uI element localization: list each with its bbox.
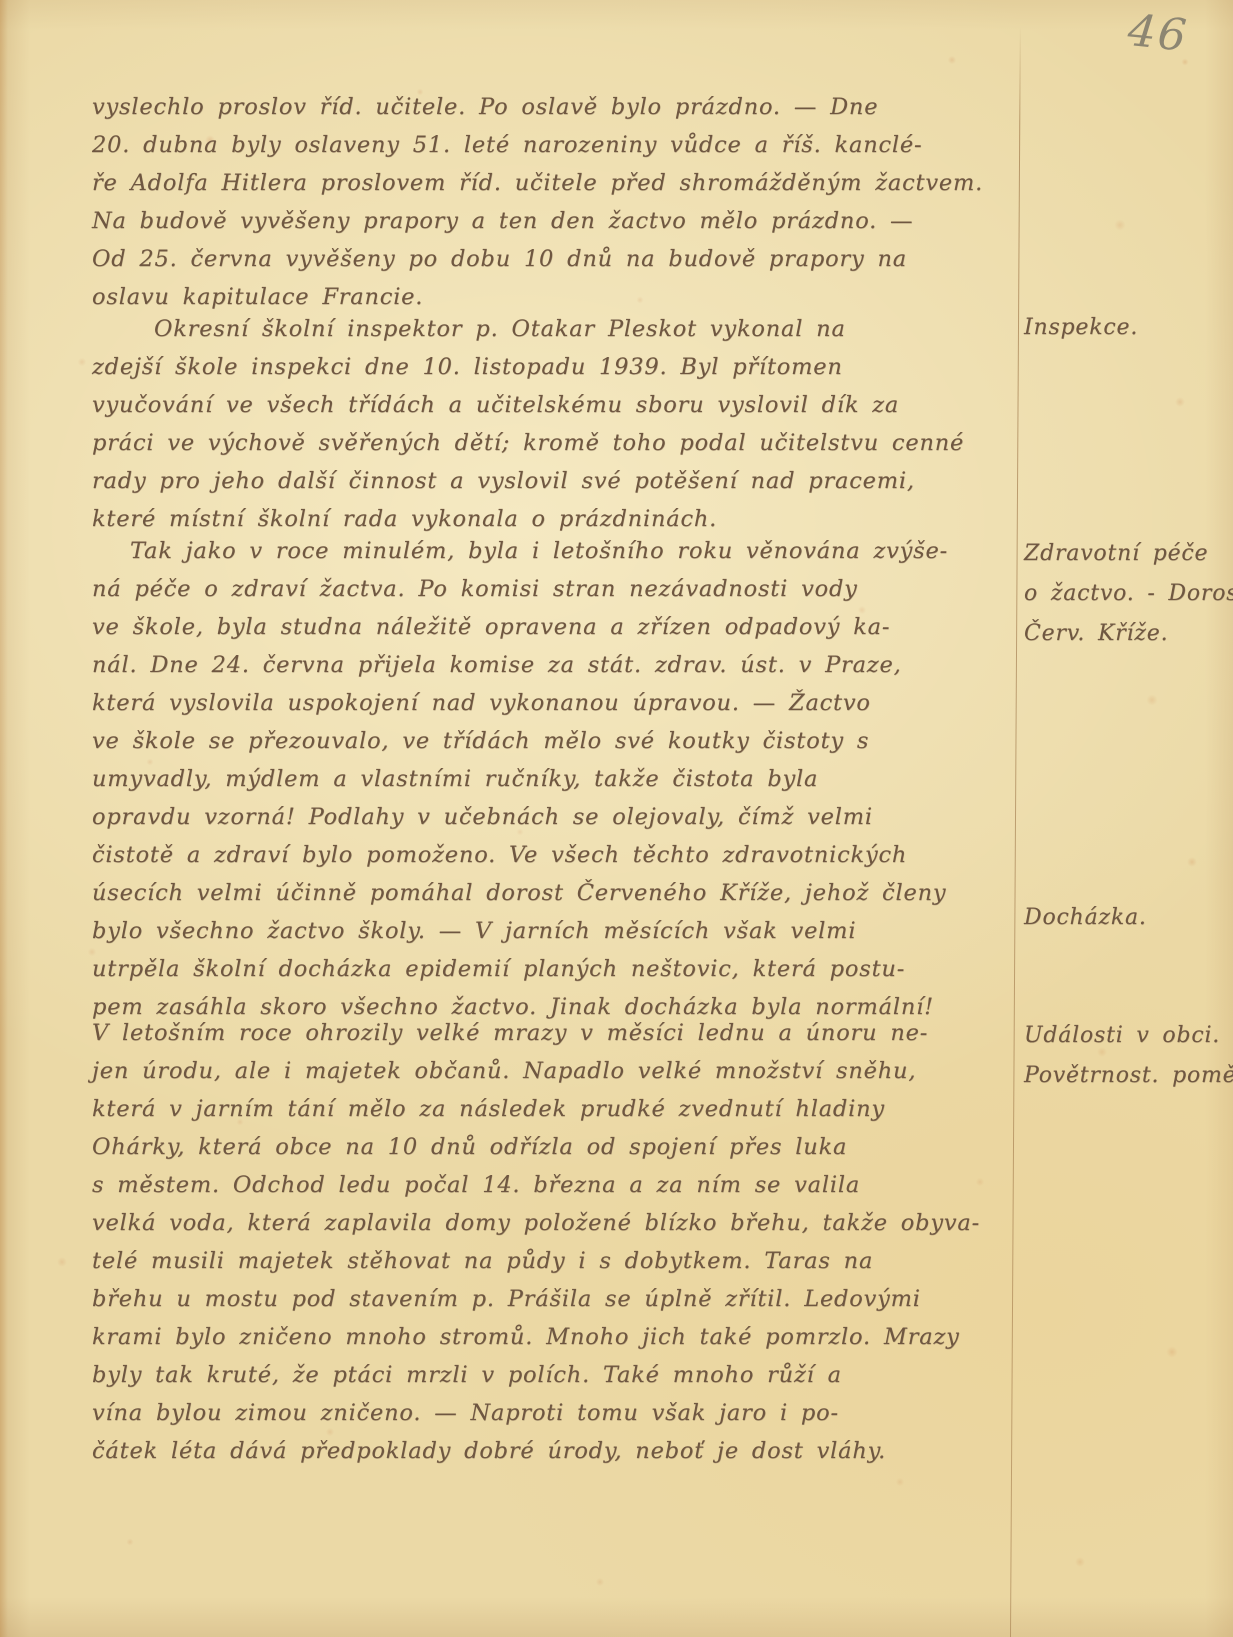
margin-note-line: Zdravotní péče: [1024, 534, 1229, 574]
text-line: vyslechlo proslov říd. učitele. Po oslav…: [92, 88, 997, 126]
text-line: s městem. Odchod ledu počal 14. března a…: [92, 1166, 997, 1204]
text-line: nál. Dne 24. června přijela komise za st…: [92, 646, 997, 684]
margin-note-dochazka: Docházka.: [1024, 898, 1229, 938]
text-line: Okresní školní inspektor p. Otakar Plesk…: [92, 310, 997, 348]
text-line: rady pro jeho další činnost a vyslovil s…: [92, 462, 997, 500]
text-line: která vyslovila uspokojení nad vykonanou…: [92, 684, 997, 722]
margin-note-line: Červ. Kříže.: [1024, 614, 1229, 654]
text-line: práci ve výchově svěřených dětí; kromě t…: [92, 424, 997, 462]
margin-note-line: Inspekce.: [1024, 308, 1229, 348]
text-line: utrpěla školní docházka epidemií planých…: [92, 950, 997, 988]
text-line: vyučování ve všech třídách a učitelskému…: [92, 386, 997, 424]
text-line: umyvadly, mýdlem a vlastními ručníky, ta…: [92, 760, 997, 798]
paragraph-village-events: V letošním roce ohrozily velké mrazy v m…: [92, 1014, 997, 1470]
text-line: Na budově vyvěšeny prapory a ten den žac…: [92, 202, 997, 240]
margin-note-zdravotni-pece: Zdravotní péče o žactvo. - Dorost Červ. …: [1024, 534, 1229, 654]
text-line: zdejší škole inspekci dne 10. listopadu …: [92, 348, 997, 386]
text-line: ná péče o zdraví žactva. Po komisi stran…: [92, 570, 997, 608]
paragraph-health-care: Tak jako v roce minulém, byla i letošníh…: [92, 532, 997, 1026]
text-line: čistotě a zdraví bylo pomoženo. Ve všech…: [92, 836, 997, 874]
text-line: čátek léta dává předpoklady dobré úrody,…: [92, 1432, 997, 1470]
text-line: velká voda, která zaplavila domy položen…: [92, 1204, 997, 1242]
text-line: ře Adolfa Hitlera proslovem říd. učitele…: [92, 164, 997, 202]
margin-note-udalosti: Události v obci. Povětrnost. poměry,: [1024, 1016, 1229, 1096]
paragraph-celebrations: vyslechlo proslov říd. učitele. Po oslav…: [92, 88, 997, 316]
text-line: telé musili majetek stěhovat na půdy i s…: [92, 1242, 997, 1280]
text-line: Od 25. června vyvěšeny po dobu 10 dnů na…: [92, 240, 997, 278]
margin-note-inspekce: Inspekce.: [1024, 308, 1229, 348]
text-line: V letošním roce ohrozily velké mrazy v m…: [92, 1014, 997, 1052]
margin-rule-line: [1010, 26, 1021, 1637]
margin-note-line: Docházka.: [1024, 898, 1229, 938]
text-line: břehu u mostu pod stavením p. Prášila se…: [92, 1280, 997, 1318]
text-line: 20. dubna byly oslaveny 51. leté narozen…: [92, 126, 997, 164]
text-line: která v jarním tání mělo za následek pru…: [92, 1090, 997, 1128]
text-line: Ohárky, která obce na 10 dnů odřízla od …: [92, 1128, 997, 1166]
margin-note-line: o žactvo. - Dorost: [1024, 574, 1229, 614]
text-line: ve škole se přezouvalo, ve třídách mělo …: [92, 722, 997, 760]
text-line: jen úrodu, ale i majetek občanů. Napadlo…: [92, 1052, 997, 1090]
text-line: úsecích velmi účinně pomáhal dorost Červ…: [92, 874, 997, 912]
margin-note-line: Povětrnost. poměry,: [1024, 1056, 1229, 1096]
paragraph-inspection: Okresní školní inspektor p. Otakar Plesk…: [92, 310, 997, 538]
chronicle-page-scan: 46 vyslechlo proslov říd. učitele. Po os…: [0, 0, 1233, 1637]
text-line: krami bylo zničeno mnoho stromů. Mnoho j…: [92, 1318, 997, 1356]
text-line: ve škole, byla studna náležitě opravena …: [92, 608, 997, 646]
text-line: opravdu vzorná! Podlahy v učebnách se ol…: [92, 798, 997, 836]
text-line: byly tak kruté, že ptáci mrzli v polích.…: [92, 1356, 997, 1394]
text-line: Tak jako v roce minulém, byla i letošníh…: [92, 532, 997, 570]
margin-note-line: Události v obci.: [1024, 1016, 1229, 1056]
text-line: bylo všechno žactvo školy. — V jarních m…: [92, 912, 997, 950]
text-line: vína bylou zimou zničeno. — Naproti tomu…: [92, 1394, 997, 1432]
page-number: 46: [1125, 5, 1190, 62]
